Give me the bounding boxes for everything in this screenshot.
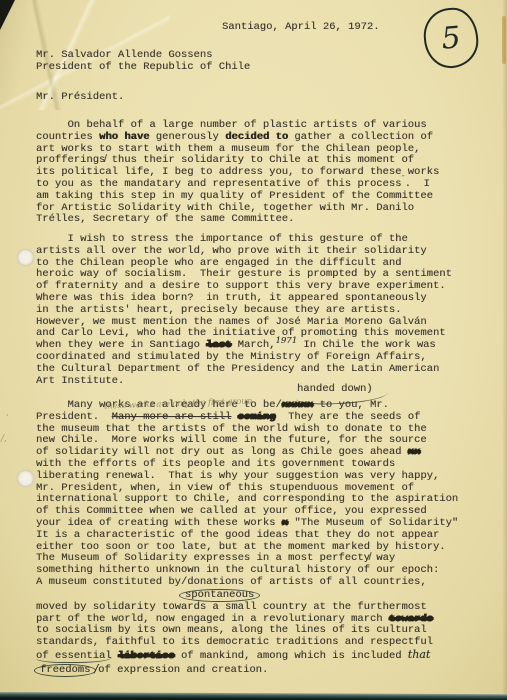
margin-mark-2: /,	[1, 434, 7, 444]
paragraph-2-line: Art Institute.	[36, 376, 452, 388]
margin-mark-1: ,	[6, 408, 9, 418]
paragraph-3: Many works are already here to be/xxxxx …	[36, 400, 458, 677]
hole-punch-1	[17, 249, 34, 266]
paragraph-2: I wish to stress the importance of this …	[36, 234, 452, 387]
page-number-circle: 5	[421, 6, 480, 70]
paragraph-1: On behalf of a large number of plastic a…	[36, 120, 439, 226]
recipient-address: Mr. Salvador Allende GossensPresident of…	[36, 50, 250, 74]
date-line: Santiago, April 26, 1972.	[222, 22, 380, 34]
hole-punch-2	[17, 470, 34, 487]
typed-insert-handed-down: handed down)	[297, 384, 373, 396]
paragraph-3-line: of essential liberties of mankind, among…	[36, 649, 458, 663]
paragraph-3-line: freedoms/of expression and creation.	[36, 663, 458, 677]
salutation-line: Mr. Président.	[36, 92, 124, 104]
salutation: Mr. Président.	[36, 92, 124, 104]
recipient-address-line: President of the Republic of Chile	[36, 62, 250, 74]
corner-fold-artifact	[0, 0, 15, 30]
date-line-line: Santiago, April 26, 1972.	[222, 22, 380, 34]
scan-bottom-edge	[0, 692, 507, 700]
right-edge-shadow	[502, 0, 507, 700]
paragraph-3-line: A museum constituted by/donations of art…	[36, 577, 458, 589]
paragraph-3-line: standards, faithful to its democratic tr…	[36, 637, 458, 649]
paragraph-1-line: Trélles, Secretary of the same Committee…	[36, 214, 439, 226]
letter-page: Santiago, April 26, 1972.Mr. Salvador Al…	[0, 0, 507, 700]
